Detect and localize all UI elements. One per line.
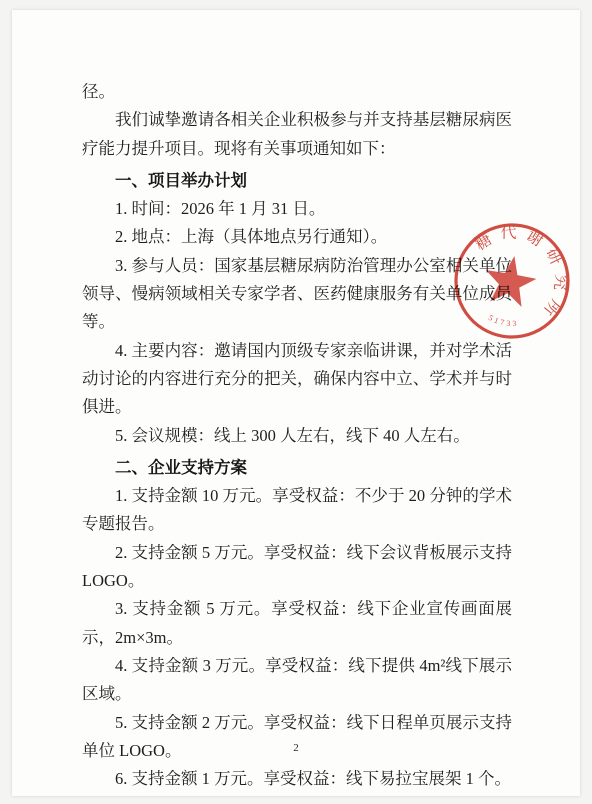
section-heading: 二、企业支持方案 (82, 454, 512, 482)
paragraph: 5. 会议规模：线上 300 人左右，线下 40 人左右。 (82, 422, 512, 450)
paragraph: 5. 支持金额 2 万元。享受权益：线下日程单页展示支持单位 LOGO。 (82, 709, 512, 766)
page-number: 2 (12, 742, 580, 754)
section-heading: 一、项目举办计划 (82, 167, 512, 195)
paragraph: 我们诚挚邀请各相关企业积极参与并支持基层糖尿病医疗能力提升项目。现将有关事项通知… (82, 106, 512, 163)
paragraph: 6. 支持金额 1 万元。享受权益：线下易拉宝展架 1 个。 (82, 765, 512, 793)
document-body: 径。 我们诚挚邀请各相关企业积极参与并支持基层糖尿病医疗能力提升项目。现将有关事… (82, 78, 512, 793)
paragraph: 径。 (82, 78, 512, 106)
paragraph: 2. 地点：上海（具体地点另行通知）。 (82, 223, 512, 251)
paragraph: 1. 时间：2026 年 1 月 31 日。 (82, 195, 512, 223)
paragraph: 2. 支持金额 5 万元。享受权益：线下会议背板展示支持 LOGO。 (82, 539, 512, 596)
paragraph: 4. 主要内容：邀请国内顶级专家亲临讲课，并对学术活动讨论的内容进行充分的把关，… (82, 337, 512, 422)
document-page: 径。 我们诚挚邀请各相关企业积极参与并支持基层糖尿病医疗能力提升项目。现将有关事… (12, 10, 580, 796)
paragraph: 3. 参与人员：国家基层糖尿病防治管理办公室相关单位领导、慢病领域相关专家学者、… (82, 252, 512, 337)
paragraph: 4. 支持金额 3 万元。享受权益：线下提供 4m²线下展示区域。 (82, 652, 512, 709)
paragraph: 3. 支持金额 5 万元。享受权益：线下企业宣传画面展示，2m×3m。 (82, 595, 512, 652)
paragraph: 1. 支持金额 10 万元。享受权益：不少于 20 分钟的学术专题报告。 (82, 482, 512, 539)
